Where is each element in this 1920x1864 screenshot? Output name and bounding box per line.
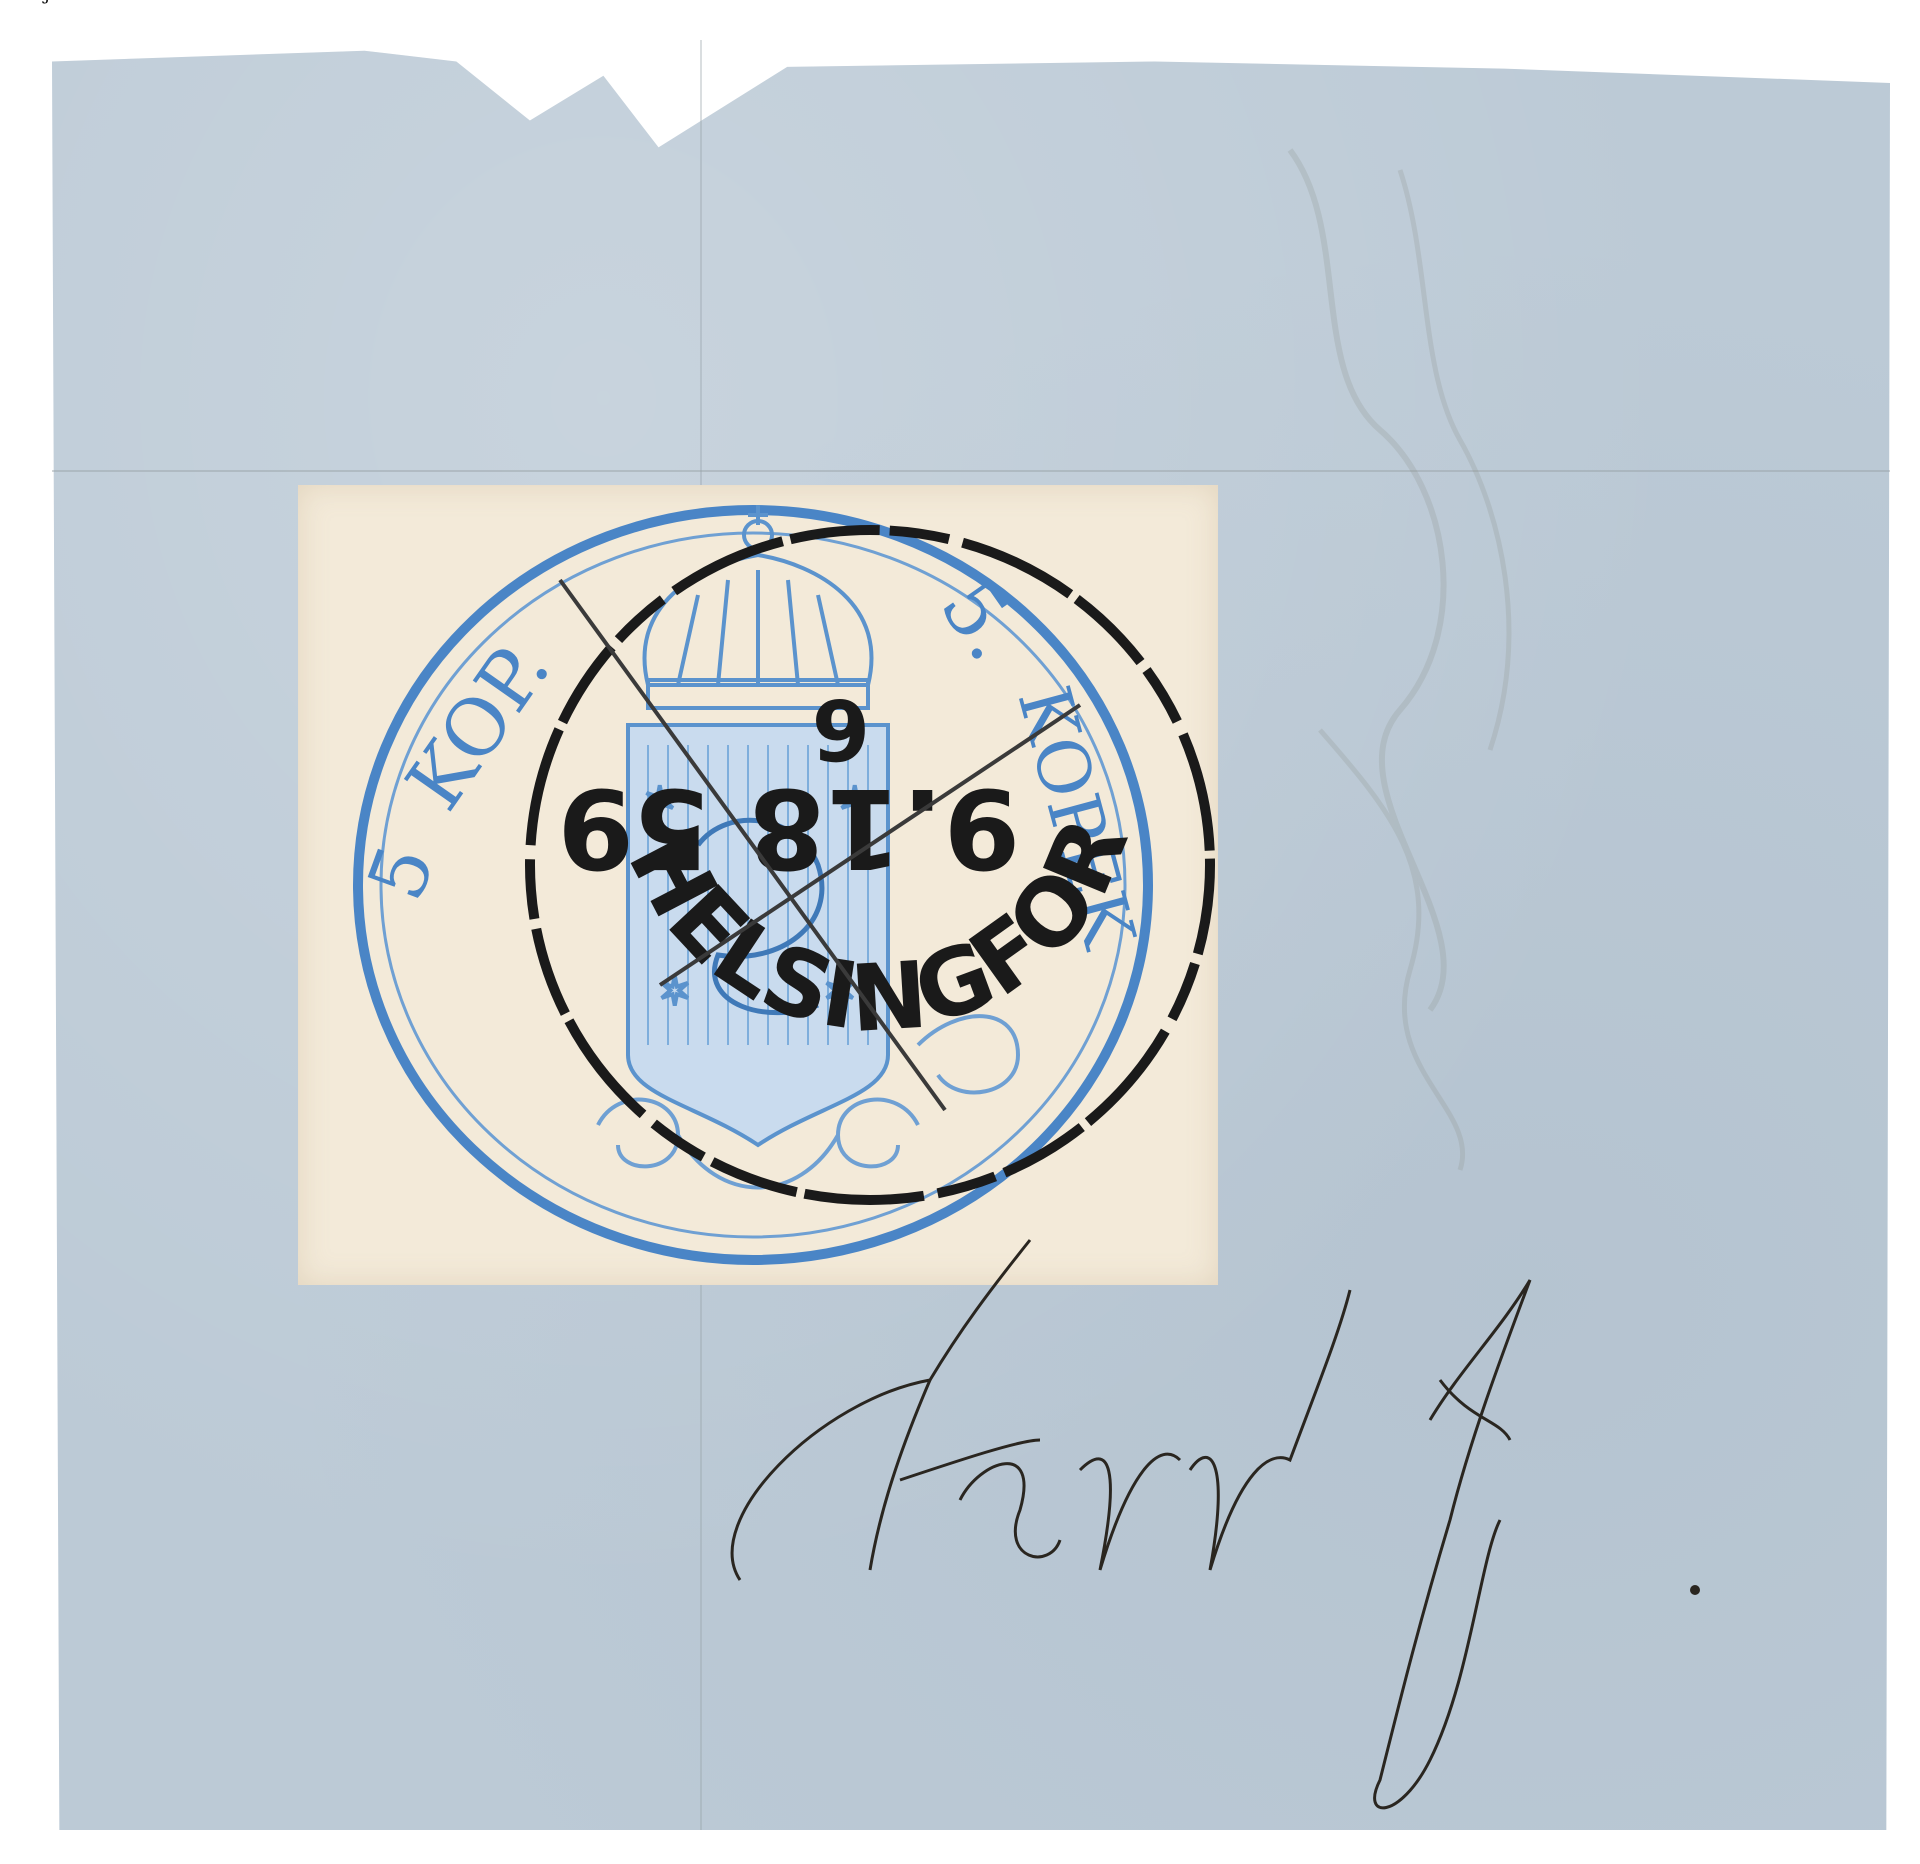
coat-of-arms-icon: ✶ ✶ ✶ ✶ xyxy=(628,725,888,1145)
faint-show-through-writing xyxy=(1230,110,1650,1210)
stamp-currency-right: KOPEK xyxy=(1002,678,1152,958)
svg-text:✶: ✶ xyxy=(838,779,872,825)
stamp-currency-left: KOP. xyxy=(390,626,568,826)
svg-text:✶: ✶ xyxy=(823,969,857,1015)
crown-icon xyxy=(645,505,872,708)
stamp-value-left: 5 xyxy=(351,834,453,911)
svg-text:✶: ✶ xyxy=(643,779,677,825)
handwriting-text: Herr J. xyxy=(0,0,54,4)
postage-stamp: 5 KOP. 5. KOPEK ✶ ✶ ✶ ✶ xyxy=(298,485,1218,1285)
svg-text:✶: ✶ xyxy=(658,969,692,1015)
